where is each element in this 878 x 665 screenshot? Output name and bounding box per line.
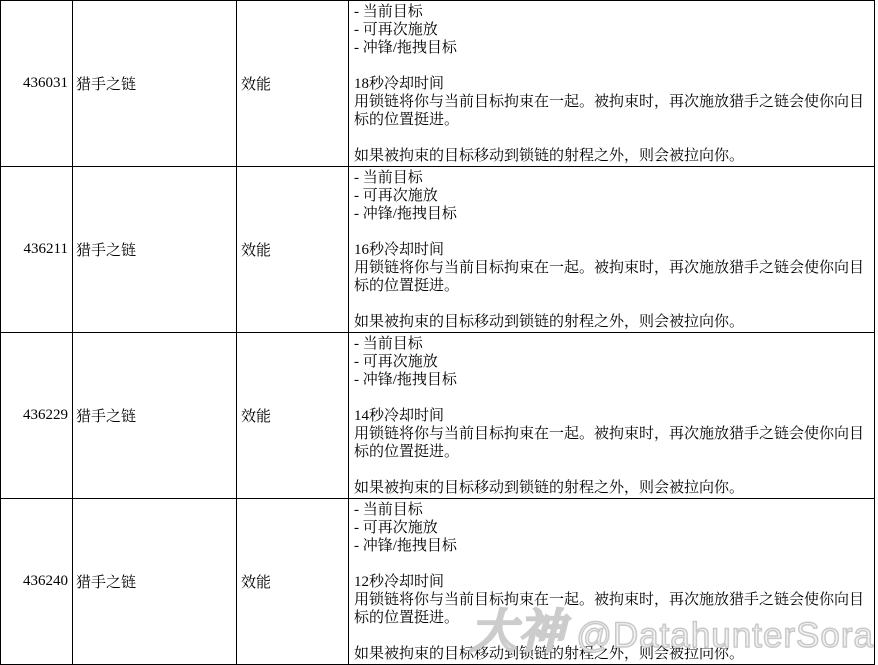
skill-type-cell: 效能 <box>237 333 349 499</box>
description-text: 用锁链将你与当前目标拘束在一起。被拘束时，再次施放猎手之链会使你向目标的位置挺进… <box>354 425 870 461</box>
description-text: 用锁链将你与当前目标拘束在一起。被拘束时，再次施放猎手之链会使你向目标的位置挺进… <box>354 591 870 627</box>
bullet-line: - 当前目标 <box>354 169 870 187</box>
bullet-line: - 冲锋/拖拽目标 <box>354 205 870 223</box>
table-row: 436211 猎手之链 效能 - 当前目标 - 可再次施放 - 冲锋/拖拽目标 … <box>1 167 875 333</box>
skill-id-cell: 436240 <box>1 499 73 665</box>
skill-desc-cell: - 当前目标 - 可再次施放 - 冲锋/拖拽目标 12秒冷却时间 用锁链将你与当… <box>349 499 875 665</box>
spacer <box>354 223 870 241</box>
skill-type-cell: 效能 <box>237 167 349 333</box>
skill-id-cell: 436211 <box>1 167 73 333</box>
bullet-line: - 当前目标 <box>354 501 870 519</box>
skill-desc-cell: - 当前目标 - 可再次施放 - 冲锋/拖拽目标 18秒冷却时间 用锁链将你与当… <box>349 1 875 167</box>
skill-name-cell: 猎手之链 <box>73 167 237 333</box>
spacer <box>354 627 870 645</box>
skill-name-cell: 猎手之链 <box>73 1 237 167</box>
note-text: 如果被拘束的目标移动到锁链的射程之外，则会被拉向你。 <box>354 147 870 165</box>
bullet-line: - 可再次施放 <box>354 21 870 39</box>
skill-desc-cell: - 当前目标 - 可再次施放 - 冲锋/拖拽目标 14秒冷却时间 用锁链将你与当… <box>349 333 875 499</box>
skill-name-cell: 猎手之链 <box>73 499 237 665</box>
bullet-line: - 当前目标 <box>354 3 870 21</box>
bullet-line: - 可再次施放 <box>354 187 870 205</box>
spacer <box>354 389 870 407</box>
table-row: 436240 猎手之链 效能 - 当前目标 - 可再次施放 - 冲锋/拖拽目标 … <box>1 499 875 665</box>
skill-id-cell: 436229 <box>1 333 73 499</box>
spacer <box>354 555 870 573</box>
bullet-line: - 冲锋/拖拽目标 <box>354 371 870 389</box>
note-text: 如果被拘束的目标移动到锁链的射程之外，则会被拉向你。 <box>354 313 870 331</box>
note-text: 如果被拘束的目标移动到锁链的射程之外，则会被拉向你。 <box>354 645 870 663</box>
skill-desc-cell: - 当前目标 - 可再次施放 - 冲锋/拖拽目标 16秒冷却时间 用锁链将你与当… <box>349 167 875 333</box>
table-row: 436031 猎手之链 效能 - 当前目标 - 可再次施放 - 冲锋/拖拽目标 … <box>1 1 875 167</box>
bullet-line: - 当前目标 <box>354 335 870 353</box>
cooldown-line: 14秒冷却时间 <box>354 407 870 425</box>
cooldown-line: 16秒冷却时间 <box>354 241 870 259</box>
spacer <box>354 57 870 75</box>
spacer <box>354 295 870 313</box>
skill-id-cell: 436031 <box>1 1 73 167</box>
spacer <box>354 461 870 479</box>
cooldown-line: 18秒冷却时间 <box>354 75 870 93</box>
spacer <box>354 129 870 147</box>
bullet-line: - 冲锋/拖拽目标 <box>354 39 870 57</box>
description-text: 用锁链将你与当前目标拘束在一起。被拘束时，再次施放猎手之链会使你向目标的位置挺进… <box>354 93 870 129</box>
bullet-line: - 可再次施放 <box>354 519 870 537</box>
table-row: 436229 猎手之链 效能 - 当前目标 - 可再次施放 - 冲锋/拖拽目标 … <box>1 333 875 499</box>
note-text: 如果被拘束的目标移动到锁链的射程之外，则会被拉向你。 <box>354 479 870 497</box>
skill-name-cell: 猎手之链 <box>73 333 237 499</box>
description-text: 用锁链将你与当前目标拘束在一起。被拘束时，再次施放猎手之链会使你向目标的位置挺进… <box>354 259 870 295</box>
skill-type-cell: 效能 <box>237 1 349 167</box>
bullet-line: - 冲锋/拖拽目标 <box>354 537 870 555</box>
cooldown-line: 12秒冷却时间 <box>354 573 870 591</box>
skill-type-cell: 效能 <box>237 499 349 665</box>
bullet-line: - 可再次施放 <box>354 353 870 371</box>
skill-table: 436031 猎手之链 效能 - 当前目标 - 可再次施放 - 冲锋/拖拽目标 … <box>0 0 875 665</box>
